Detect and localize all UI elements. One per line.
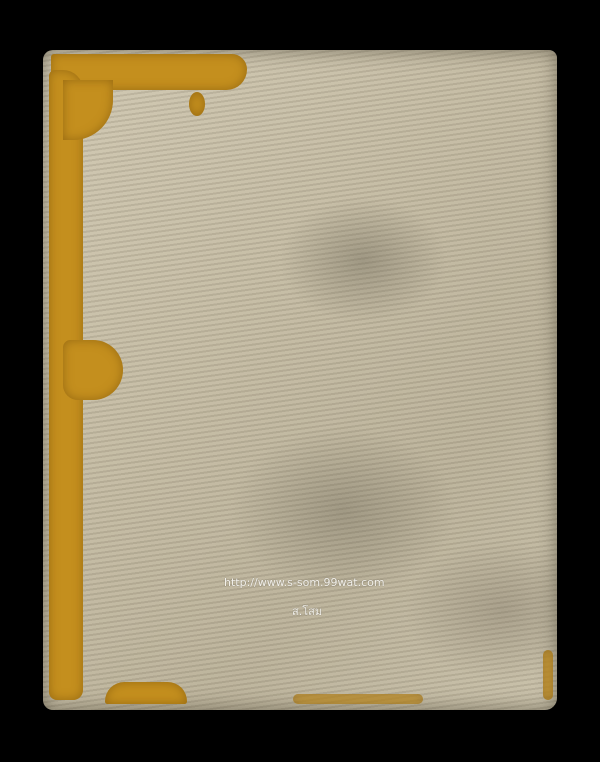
ochre-lacquer-spot xyxy=(189,92,205,116)
watermark-name: ส.โสม xyxy=(292,602,322,620)
ochre-lacquer-bottom-left xyxy=(105,682,187,704)
ochre-lacquer-corner xyxy=(63,80,113,140)
ochre-lacquer-right xyxy=(543,650,553,700)
ochre-lacquer-bottom-center xyxy=(293,694,423,704)
ochre-lacquer-bulge xyxy=(63,340,123,400)
watermark-url: http://www.s-som.99wat.com xyxy=(224,576,394,589)
